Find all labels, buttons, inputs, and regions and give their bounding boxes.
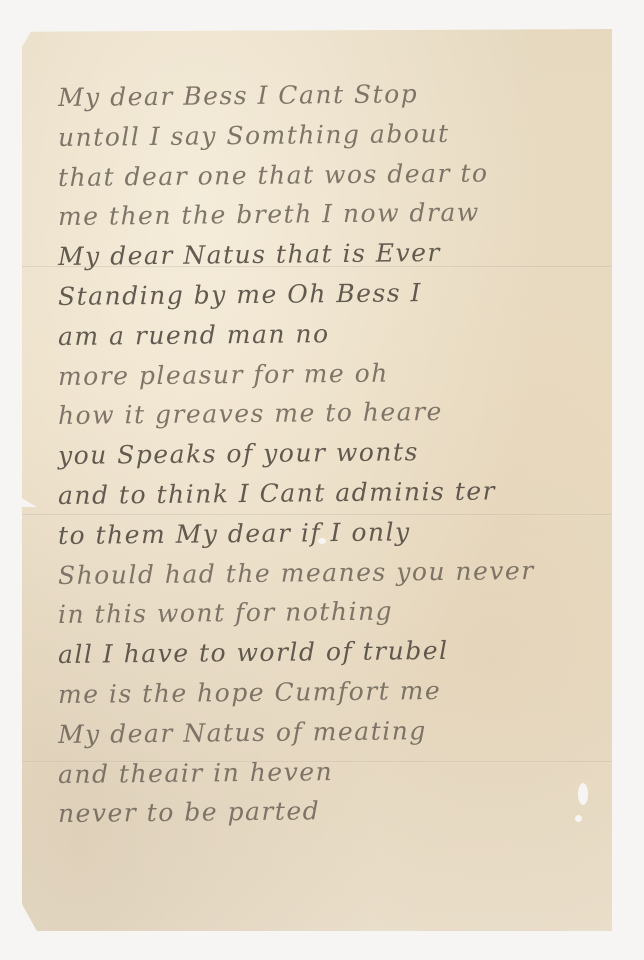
letter-line: me is the hope Cumfort me <box>58 669 608 715</box>
letter-line: more pleasur for me oh <box>58 351 608 397</box>
letter-text: My dear Bess I Cant Stop untoll I say So… <box>58 78 608 834</box>
letter-line: My dear Natus of meating <box>58 709 608 755</box>
letter-line: you Speaks of your wonts <box>58 430 608 476</box>
letter-line: how it greaves me to heare <box>58 391 608 437</box>
letter-line: in this wont for nothing <box>58 590 608 636</box>
letter-line: and to think I Cant adminis ter <box>58 470 608 516</box>
letter-line: and theair in heven <box>58 749 608 795</box>
letter-line: that dear one that wos dear to <box>58 152 608 198</box>
letter-line: to them My dear if I only <box>58 510 608 556</box>
letter-line: all I have to world of trubel <box>58 629 608 675</box>
letter-line: My dear Natus that is Ever <box>58 231 608 277</box>
letter-line: Should had the meanes you never <box>58 550 608 596</box>
letter-line: me then the breth I now draw <box>58 192 608 238</box>
letter-line: Standing by me Oh Bess I <box>58 271 608 317</box>
letter-line: untoll I say Somthing about <box>58 112 608 158</box>
letter-line: am a ruend man no <box>58 311 608 357</box>
letter-line: My dear Bess I Cant Stop <box>58 72 608 118</box>
letter-line: never to be parted <box>58 789 608 835</box>
